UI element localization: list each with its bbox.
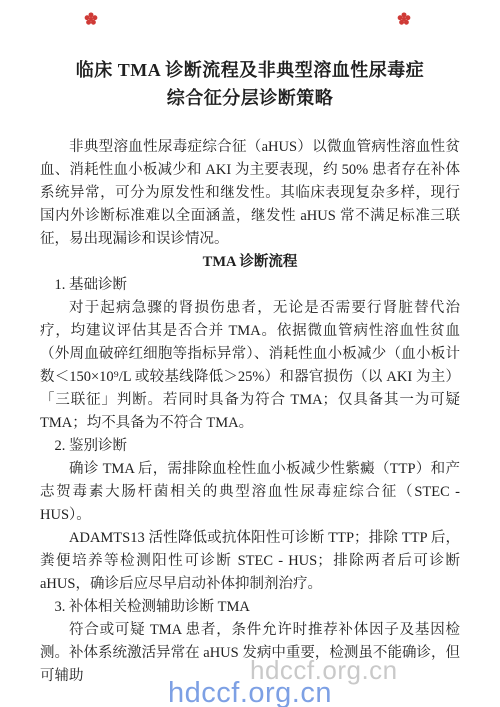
red-flower-icon xyxy=(397,12,411,26)
document-title-line1: 临床 TMA 诊断流程及非典型溶血性尿毒症 xyxy=(40,56,460,84)
item-2-paragraph-1: 确诊 TMA 后，需排除血栓性血小板减少性紫癜（TTP）和产志贺毒素大肠杆菌相关… xyxy=(40,458,460,527)
document-title: 临床 TMA 诊断流程及非典型溶血性尿毒症 综合征分层诊断策略 xyxy=(40,56,460,112)
section-heading: TMA 诊断流程 xyxy=(40,251,460,274)
document-title-line2: 综合征分层诊断策略 xyxy=(40,84,460,112)
document-page: 临床 TMA 诊断流程及非典型溶血性尿毒症 综合征分层诊断策略 非典型溶血性尿毒… xyxy=(0,0,500,707)
item-2-paragraph-2: ADAMTS13 活性降低或抗体阳性可诊断 TTP；排除 TTP 后，粪便培养等… xyxy=(40,527,460,596)
document-body: 非典型溶血性尿毒症综合征（aHUS）以微血管病性溶血性贫血、消耗性血小板减少和 … xyxy=(40,136,460,688)
intro-paragraph: 非典型溶血性尿毒症综合征（aHUS）以微血管病性溶血性贫血、消耗性血小板减少和 … xyxy=(40,136,460,251)
item-3-label: 3. 补体相关检测辅助诊断 TMA xyxy=(40,596,460,619)
item-1-paragraph: 对于起病急骤的肾损伤患者，无论是否需要行肾脏替代治疗，均建议评估其是否合并 TM… xyxy=(40,297,460,435)
item-3-paragraph: 符合或可疑 TMA 患者，条件允许时推荐补体因子及基因检测。补体系统激活异常在 … xyxy=(40,619,460,688)
item-2-label: 2. 鉴别诊断 xyxy=(40,435,460,458)
item-1-label: 1. 基础诊断 xyxy=(40,274,460,297)
red-flower-icon xyxy=(84,12,98,26)
